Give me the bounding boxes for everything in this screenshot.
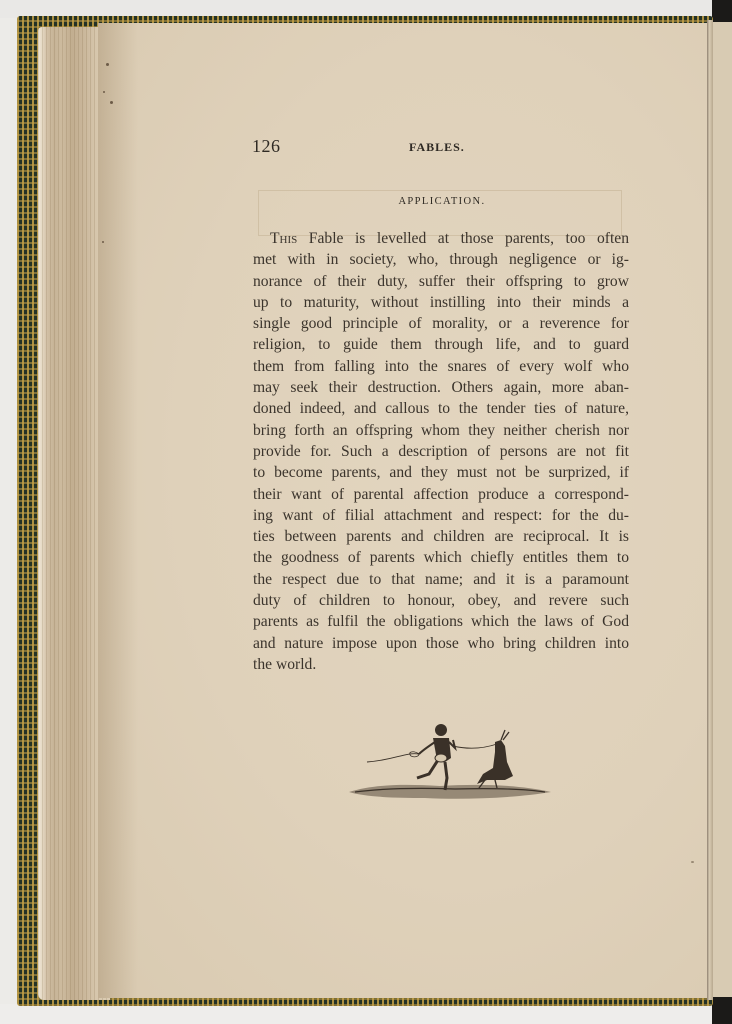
- text-line: norance of their duty, suffer their offs…: [253, 271, 629, 292]
- foxing-spot: [106, 63, 109, 66]
- running-head: 126 FABLES.: [252, 136, 632, 160]
- scan-background-bottom: [0, 1004, 732, 1024]
- text-line: to become parents, and they must not be …: [253, 462, 629, 483]
- woodcut-illustration: [345, 718, 555, 806]
- text-line: the goodness of parents which chiefly en…: [253, 547, 629, 568]
- foxing-spot: [691, 861, 694, 863]
- text-line: duty of children to honour, obey, and re…: [253, 590, 629, 611]
- section-heading: APPLICATION.: [252, 196, 632, 207]
- text-line: and nature impose upon those who bring c…: [253, 633, 629, 654]
- text-line: up to maturity, without instilling into …: [253, 292, 629, 313]
- man-leading-goat-icon: [345, 718, 555, 806]
- text-line: the world.: [253, 654, 629, 675]
- text-line: may seek their destruction. Others again…: [253, 377, 629, 398]
- next-page-sliver: [713, 22, 732, 997]
- text-line: met with in society, who, through neglig…: [253, 249, 629, 270]
- body-paragraph: This Fable is levelled at those parents,…: [253, 228, 629, 675]
- foxing-spot: [103, 91, 105, 93]
- opening-word: This: [270, 230, 297, 247]
- text-line: them from falling into the snares of eve…: [253, 356, 629, 377]
- page-edge: [707, 20, 713, 1000]
- foxing-spot: [110, 101, 113, 104]
- text-line: doned indeed, and callous to the tender …: [253, 398, 629, 419]
- page-number: 126: [252, 136, 281, 157]
- text-line: This Fable is levelled at those parents,…: [253, 228, 629, 249]
- text-line: bring forth an offspring whom they neith…: [253, 420, 629, 441]
- text-line: single good principle of morality, or a …: [253, 313, 629, 334]
- text-line: ties between parents and children are re…: [253, 526, 629, 547]
- text-line: the respect due to that name; and it is …: [253, 569, 629, 590]
- text-line: parents as fulfil the obligations which …: [253, 611, 629, 632]
- foxing-spot: [102, 241, 104, 243]
- text-line: their want of parental affection produce…: [253, 484, 629, 505]
- text-line: religion, to guide them through life, an…: [253, 334, 629, 355]
- running-title: FABLES.: [409, 140, 465, 155]
- text-line: provide for. Such a description of perso…: [253, 441, 629, 462]
- text-line: ing want of filial attachment and respec…: [253, 505, 629, 526]
